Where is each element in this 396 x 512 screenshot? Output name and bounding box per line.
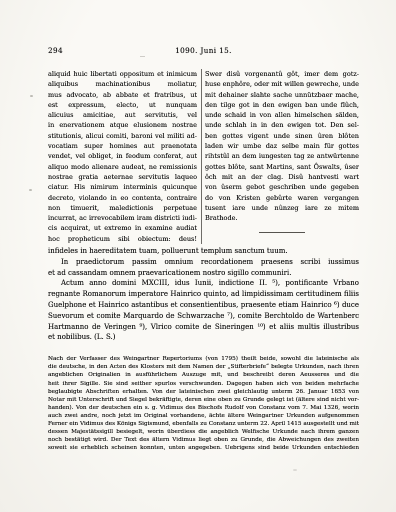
footnote-text-line: handen). Von der deutschen ein s. g. Vid… xyxy=(48,404,359,412)
scan-speckle xyxy=(29,189,32,191)
closing-text-line: In praedictorum passim omnium recordatio… xyxy=(48,257,359,268)
page-header: 294 1090. Juni 15. xyxy=(48,46,359,57)
german-text-line: mit dehainer slahte sache unnützbaer mac… xyxy=(205,90,359,100)
latin-text-line: incurrat, ac irrevocabilem iram district… xyxy=(48,213,197,223)
footnote-text-line: noch bestätigt wird. Der Text des ältern… xyxy=(48,436,359,444)
latin-text-line: cis acquirat, ut extremo in examine audi… xyxy=(48,223,197,233)
german-text-line: den tilge got in den ewigen ban unde flû… xyxy=(205,100,359,110)
footnote-text-line: auch zwei andre, noch jetzt im Original … xyxy=(48,412,359,420)
closing-text-line: et ad cassandam omnem praevaricationem n… xyxy=(48,268,359,279)
latin-text-line: aliquid huic libertati oppositum et inim… xyxy=(48,69,197,79)
german-column-lines: Swer disû vorgenantû gôt, imer dem gotz-… xyxy=(205,69,359,223)
german-text-line: huse enphôre, oder mit willen gewreche, … xyxy=(205,79,359,89)
german-text-line: gottes blôte, sant Martins, sant Ôswalts… xyxy=(205,162,359,172)
latin-text-line: alicuius amicitiae, aut servitutis, vel … xyxy=(48,110,197,120)
latin-text-line: decreto, violando in eo contenta, contra… xyxy=(48,193,197,203)
closing-text-line: infideles in haereditatem tuam, pollueru… xyxy=(48,246,359,257)
closing-text-line: Hartmanno de Veringen ⁹), Vlrico comite … xyxy=(48,322,359,333)
latin-text-line: nostrae gratia aeternae servitutis laque… xyxy=(48,172,197,182)
latin-text-line: in enervationem atque elusionem nostrae … xyxy=(48,120,197,130)
latin-text-line: vocatiam super homines aut praenotata bo… xyxy=(48,141,197,151)
scanned-book-page: 294 1090. Juni 15. aliquid huic libertat… xyxy=(0,0,396,512)
german-text-line: Swer disû vorgenantû gôt, imer dem gotz- xyxy=(205,69,359,79)
latin-text-line: ciatur. His nimirum interminis quicunque… xyxy=(48,182,197,192)
two-column-charter-text: aliquid huic libertati oppositum et inim… xyxy=(48,69,359,244)
latin-text-line: vendet, vel obliget, in feodum conferat,… xyxy=(48,151,197,161)
page-content: 294 1090. Juni 15. aliquid huic libertat… xyxy=(48,46,359,452)
german-text-line: rihtstûl an dem iungesten tag ze antwürt… xyxy=(205,151,359,161)
german-text-line: Brathode. xyxy=(205,213,359,223)
closing-text-line: et nobilibus. (L. S.) xyxy=(48,332,359,343)
german-text-line: do von Kristen gebûrte waren vergangen xyxy=(205,193,359,203)
scan-speckle xyxy=(30,95,33,97)
latin-text-line: non timuerit, maledictionis perpetuae cu… xyxy=(48,203,197,213)
latin-text-line: aliquibus machinationibus moliatur, inte… xyxy=(48,79,197,89)
footnote-text-line: Notar mit Unterschrift und Siegel bekräf… xyxy=(48,396,359,404)
latin-text-line: hoc propheticum sibi obiectum: deus! ven… xyxy=(48,234,197,244)
closing-text-line: Suevorum et comite Marquardo de Schwarza… xyxy=(48,311,359,322)
footnote-text-line: Nach der Verfasser des Weingartner Reper… xyxy=(48,355,359,363)
footnote-text-line: dessen Majestätssigill besiegelt, worin … xyxy=(48,428,359,436)
latin-text-line: aliquo modo alienare audeat, ne remissio… xyxy=(48,162,197,172)
german-text-line: ben gottes vigent unde sinen ûren blôten xyxy=(205,131,359,141)
page-number: 294 xyxy=(48,46,63,55)
german-text-line: unde schaid in von allen himelschen säld… xyxy=(205,110,359,120)
german-text-line: von ûserm gebot geschriben unde gegeben xyxy=(205,182,359,192)
column-divider-rule xyxy=(201,69,202,244)
closing-text-line: Actum anno domini MXCIII, idus Iunii, in… xyxy=(48,278,359,289)
closing-text-line: regnante Romanorum imperatore Hainrico q… xyxy=(48,289,359,300)
closing-text-line: Guelphone et Hainrico astantibus et cons… xyxy=(48,300,359,311)
section-end-dash-rule xyxy=(259,232,305,233)
german-text-line: ôch mit an der clag. Disû hantvesti wart xyxy=(205,172,359,182)
footnote-text-line: soweit sie erheblich scheinen konnten, u… xyxy=(48,444,359,452)
footnote-text-line: heit ihrer Sigille. Sie sind seither spu… xyxy=(48,380,359,388)
footnote-text-line: beglaubigte Abschriften erhalten. Von de… xyxy=(48,388,359,396)
german-column: Swer disû vorgenantû gôt, imer dem gotz-… xyxy=(205,69,359,244)
german-text-line: unde schlah in in den ewigen tot. Den se… xyxy=(205,120,359,130)
latin-text-line: stitutionis, alicui comiti, baroni vel m… xyxy=(48,131,197,141)
footnote-text-line: die deutsche, in den Acten des Klosters … xyxy=(48,363,359,371)
editorial-footnote: Nach der Verfasser des Weingartner Reper… xyxy=(48,355,359,452)
latin-text-line: est expressum, electo, ut nunquam praete… xyxy=(48,100,197,110)
scan-speckle xyxy=(293,469,297,471)
german-text-line: laden wir umbe daz selbe main für gottes xyxy=(205,141,359,151)
footnote-text-line: angeblichen Originalien in ausführlichem… xyxy=(48,371,359,379)
footnote-text-line: Ferner ein Vidimus des Königs Sigismund,… xyxy=(48,420,359,428)
german-text-line: tusent iare unde nûnzeg iare ze mitem xyxy=(205,203,359,213)
header-date: 1090. Juni 15. xyxy=(48,46,359,55)
closing-paragraphs: infideles in haereditatem tuam, pollueru… xyxy=(48,246,359,343)
latin-text-line: mus advocato, ab abbate et fratribus, ut… xyxy=(48,90,197,100)
latin-column: aliquid huic libertati oppositum et inim… xyxy=(48,69,197,244)
